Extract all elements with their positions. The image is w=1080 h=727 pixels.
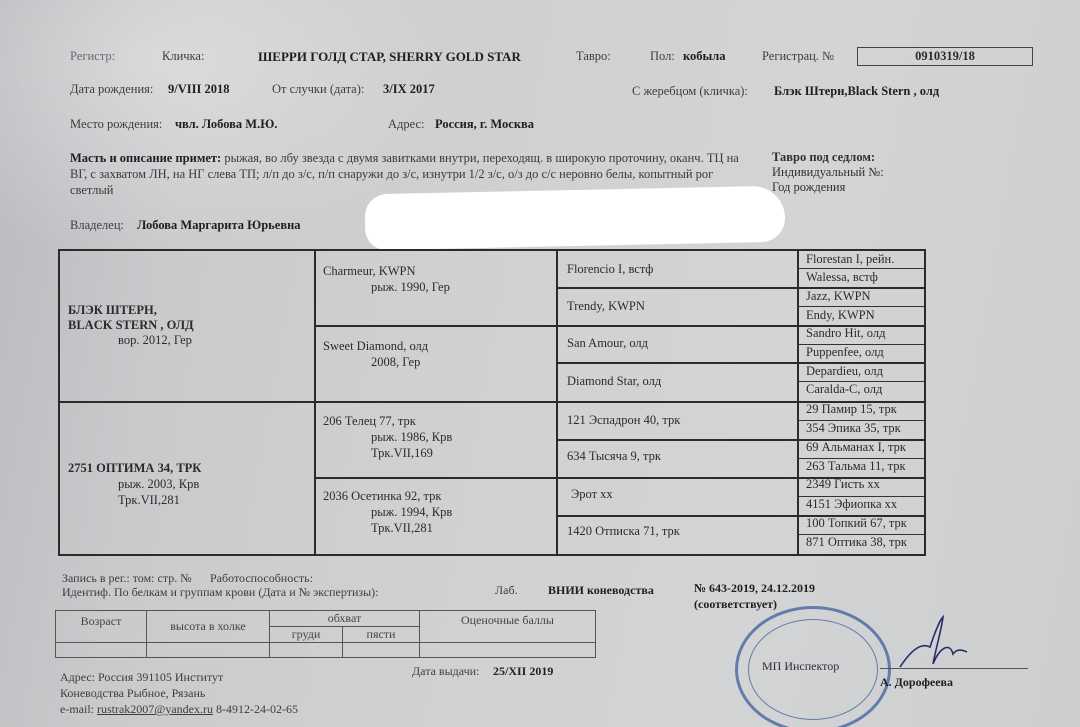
dam-dam-cell: 2036 Осетинка 92, трк рыж. 1994, Крв Трк… (323, 488, 452, 536)
girth-header: обхват (270, 611, 420, 627)
sire-dam-details: 2008, Гер (323, 354, 428, 370)
sire-sire-cell: Charmeur, KWPN рыж. 1990, Гер (323, 263, 450, 295)
gen3-cell: 1420 Отписка 71, трк (567, 524, 680, 539)
sex-value: кобыла (683, 49, 726, 64)
inspector-name: А. Дорофеева (880, 675, 953, 690)
dam-sire-cell: 206 Телец 77, трк рыж. 1986, Крв Трк.VII… (323, 413, 452, 461)
lab-value: ВНИИ коневодства (548, 583, 654, 598)
height-value (147, 643, 270, 658)
height-header: высота в холке (147, 611, 270, 643)
sire-cell: БЛЭК ШТЕРН, BLACK STERN , ОЛД вор. 2012,… (68, 303, 194, 348)
gen4-cell: Florestan I, рейн. (806, 252, 894, 267)
dam-details-2: Трк.VII,281 (68, 492, 201, 508)
owner-label: Владелец: (70, 218, 124, 233)
mating-label: От случки (дата): (272, 82, 364, 97)
dam-sire-details-2: Трк.VII,169 (323, 445, 452, 461)
gen4-cell: 29 Памир 15, трк (806, 402, 897, 417)
gen4-cell: Endy, KWPN (806, 308, 875, 323)
issue-date-value: 25/XII 2019 (493, 664, 553, 679)
redaction-mark (364, 186, 785, 251)
saddle-brand-block: Тавро под седлом: Индивидуальный №: Год … (772, 150, 884, 195)
age-value (56, 643, 147, 658)
contact-line: e-mail: rustrak2007@yandex.ru 8-4912-24-… (60, 702, 298, 717)
gen3-cell: Florencio I, встф (567, 262, 653, 277)
cannon-header: пясти (343, 627, 420, 643)
gen4-cell: 2349 Гисть хх (806, 477, 880, 492)
gen4-cell: Walessa, встф (806, 270, 878, 285)
lab-label: Лаб. (495, 583, 518, 598)
dam-sire-name: 206 Телец 77, трк (323, 413, 452, 429)
mating-value: 3/IX 2017 (383, 82, 435, 97)
stamp-label: МП Инспектор (762, 659, 839, 674)
stallion-label: С жеребцом (кличка): (632, 84, 748, 99)
gen4-cell: 354 Эпика 35, трк (806, 421, 901, 436)
chest-header: груди (270, 627, 343, 643)
institute-address-2: Коневодства Рыбное, Рязань (60, 686, 205, 701)
gen3-cell: Trendy, KWPN (567, 299, 645, 314)
institute-address-1: Адрес: Россия 391105 Институт (60, 670, 223, 685)
gen4-cell: 4151 Эфиопка хх (806, 497, 897, 512)
email-link[interactable]: rustrak2007@yandex.ru (97, 702, 213, 716)
cannon-value (343, 643, 420, 658)
gen4-cell: Jazz, KWPN (806, 289, 871, 304)
expertise-result: (соответствует) (694, 597, 777, 612)
reg-number-label: Регистрац. № (762, 49, 834, 64)
horse-name: ШЕРРИ ГОЛД СТАР, SHERRY GOLD STAR (258, 49, 521, 65)
gen4-cell: 871 Оптика 38, трк (806, 535, 907, 550)
dam-details-1: рыж. 2003, Крв (68, 476, 201, 492)
sex-label: Пол: (650, 49, 675, 64)
gen4-cell: 100 Топкий 67, трк (806, 516, 907, 531)
issue-date-label: Дата выдачи: (412, 664, 479, 679)
birth-date-value: 9/VIII 2018 (168, 82, 229, 97)
scores-header: Оценочные баллы (420, 611, 596, 643)
sire-dam-cell: Sweet Diamond, олд 2008, Гер (323, 338, 428, 370)
dam-dam-name: 2036 Осетинка 92, трк (323, 488, 452, 504)
age-header: Возраст (56, 611, 147, 643)
gen4-cell: 263 Тальма 11, трк (806, 459, 906, 474)
gen3-cell: Эрот хх (571, 487, 613, 502)
brand-label: Тавро: (576, 49, 611, 64)
coat-description-label: Масть и описание примет: (70, 151, 221, 165)
register-label: Регистр: (70, 49, 115, 64)
dam-dam-details-1: рыж. 1994, Крв (323, 504, 452, 520)
address-label: Адрес: (388, 117, 425, 132)
address-value: Россия, г. Москва (435, 117, 534, 132)
sire-dam-name: Sweet Diamond, олд (323, 338, 428, 354)
birth-date-label: Дата рождения: (70, 82, 153, 97)
pedigree-table: БЛЭК ШТЕРН, BLACK STERN , ОЛД вор. 2012,… (58, 249, 926, 556)
gen4-cell: Sandro Hit, олд (806, 326, 885, 341)
birthplace-label: Место рождения: (70, 117, 162, 132)
individual-no-label: Индивидуальный №: (772, 165, 884, 180)
sire-details: вор. 2012, Гер (68, 333, 194, 348)
dam-name: 2751 ОПТИМА 34, ТРК (68, 461, 201, 476)
gen4-cell: 69 Альманах I, трк (806, 440, 906, 455)
gen3-cell: Diamond Star, олд (567, 374, 661, 389)
expertise-value: № 643-2019, 24.12.2019 (694, 581, 815, 596)
gen4-cell: Depardieu, олд (806, 364, 883, 379)
scores-value (420, 643, 596, 658)
birthplace-value: чвл. Лобова М.Ю. (175, 117, 277, 132)
sire-sire-name: Charmeur, KWPN (323, 263, 450, 279)
phone: 8-4912-24-02-65 (216, 702, 298, 716)
email-label: e-mail: (60, 702, 94, 716)
birth-year-label: Год рождения (772, 180, 884, 195)
reg-number-value: 0910319/18 (857, 47, 1033, 66)
gen3-cell: San Amour, олд (567, 336, 648, 351)
performance-label: Работоспособность: (210, 571, 313, 586)
measurements-table: Возраст высота в холке обхват Оценочные … (55, 610, 596, 658)
stallion-value: Блэк Штерн,Black Stern , олд (774, 84, 939, 99)
saddle-brand-title: Тавро под седлом: (772, 150, 884, 165)
dam-sire-details-1: рыж. 1986, Крв (323, 429, 452, 445)
gen4-cell: Caralda-C, олд (806, 382, 882, 397)
gen3-cell: 121 Эспадрон 40, трк (567, 413, 680, 428)
registry-entry: Запись в рег.: том: стр. № (62, 571, 192, 586)
dam-cell: 2751 ОПТИМА 34, ТРК рыж. 2003, Крв Трк.V… (68, 461, 201, 508)
dam-dam-details-2: Трк.VII,281 (323, 520, 452, 536)
chest-value (270, 643, 343, 658)
sire-name-ru: БЛЭК ШТЕРН, (68, 303, 194, 318)
sire-name-en: BLACK STERN , ОЛД (68, 318, 194, 333)
gen4-cell: Puppenfee, олд (806, 345, 884, 360)
gen3-cell: 634 Тысяча 9, трк (567, 449, 661, 464)
signature-icon (895, 612, 975, 672)
owner-value: Лобова Маргарита Юрьевна (137, 218, 301, 233)
name-label: Кличка: (162, 49, 204, 64)
sire-sire-details: рыж. 1990, Гер (323, 279, 450, 295)
identification-label: Идентиф. По белкам и группам крови (Дата… (62, 585, 379, 600)
